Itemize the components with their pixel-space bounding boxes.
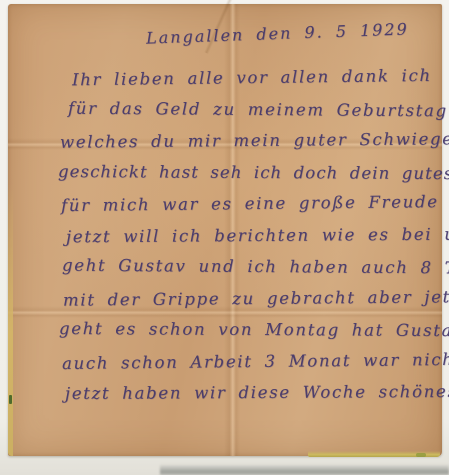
letter-line: geht Gustav und ich haben auch 8 Tage bbox=[62, 250, 448, 284]
letter-line: welches du mir mein guter Schwiegersohn bbox=[60, 123, 448, 158]
letter-line: jetzt haben wir diese Woche schönes bbox=[65, 376, 448, 410]
letter-line: mit der Grippe zu gebracht aber jetzt bbox=[63, 281, 448, 316]
paper-left-edge bbox=[8, 184, 13, 456]
paper-bottom-edge bbox=[308, 451, 440, 457]
green-edge-mark bbox=[9, 395, 12, 404]
letter-dateline: Langallen den 9. 5 1929 bbox=[146, 19, 409, 47]
letter-body: Ihr lieben alle vor allen dank ich für d… bbox=[56, 62, 448, 409]
letter-paper: Langallen den 9. 5 1929 Ihr lieben alle … bbox=[8, 4, 442, 456]
letter-line: für das Geld zu meinem Geburtstag bbox=[68, 92, 448, 126]
letter-line: geht es schon von Montag hat Gustav bbox=[59, 313, 448, 347]
scan-bottom-shadow bbox=[160, 464, 449, 475]
letter-line: für mich war es eine große Freude bbox=[61, 186, 448, 222]
scanned-letter: Langallen den 9. 5 1929 Ihr lieben alle … bbox=[0, 0, 449, 475]
green-edge-speck bbox=[416, 453, 426, 457]
letter-line: auch schon Arbeit 3 Monat war nichts bbox=[62, 343, 448, 379]
letter-line: jetzt will ich berichten wie es bei uns bbox=[66, 218, 448, 252]
letter-line: Ihr lieben alle vor allen dank ich bbox=[72, 60, 448, 96]
letter-line: geschickt hast seh ich doch dein gutes H… bbox=[58, 155, 448, 189]
